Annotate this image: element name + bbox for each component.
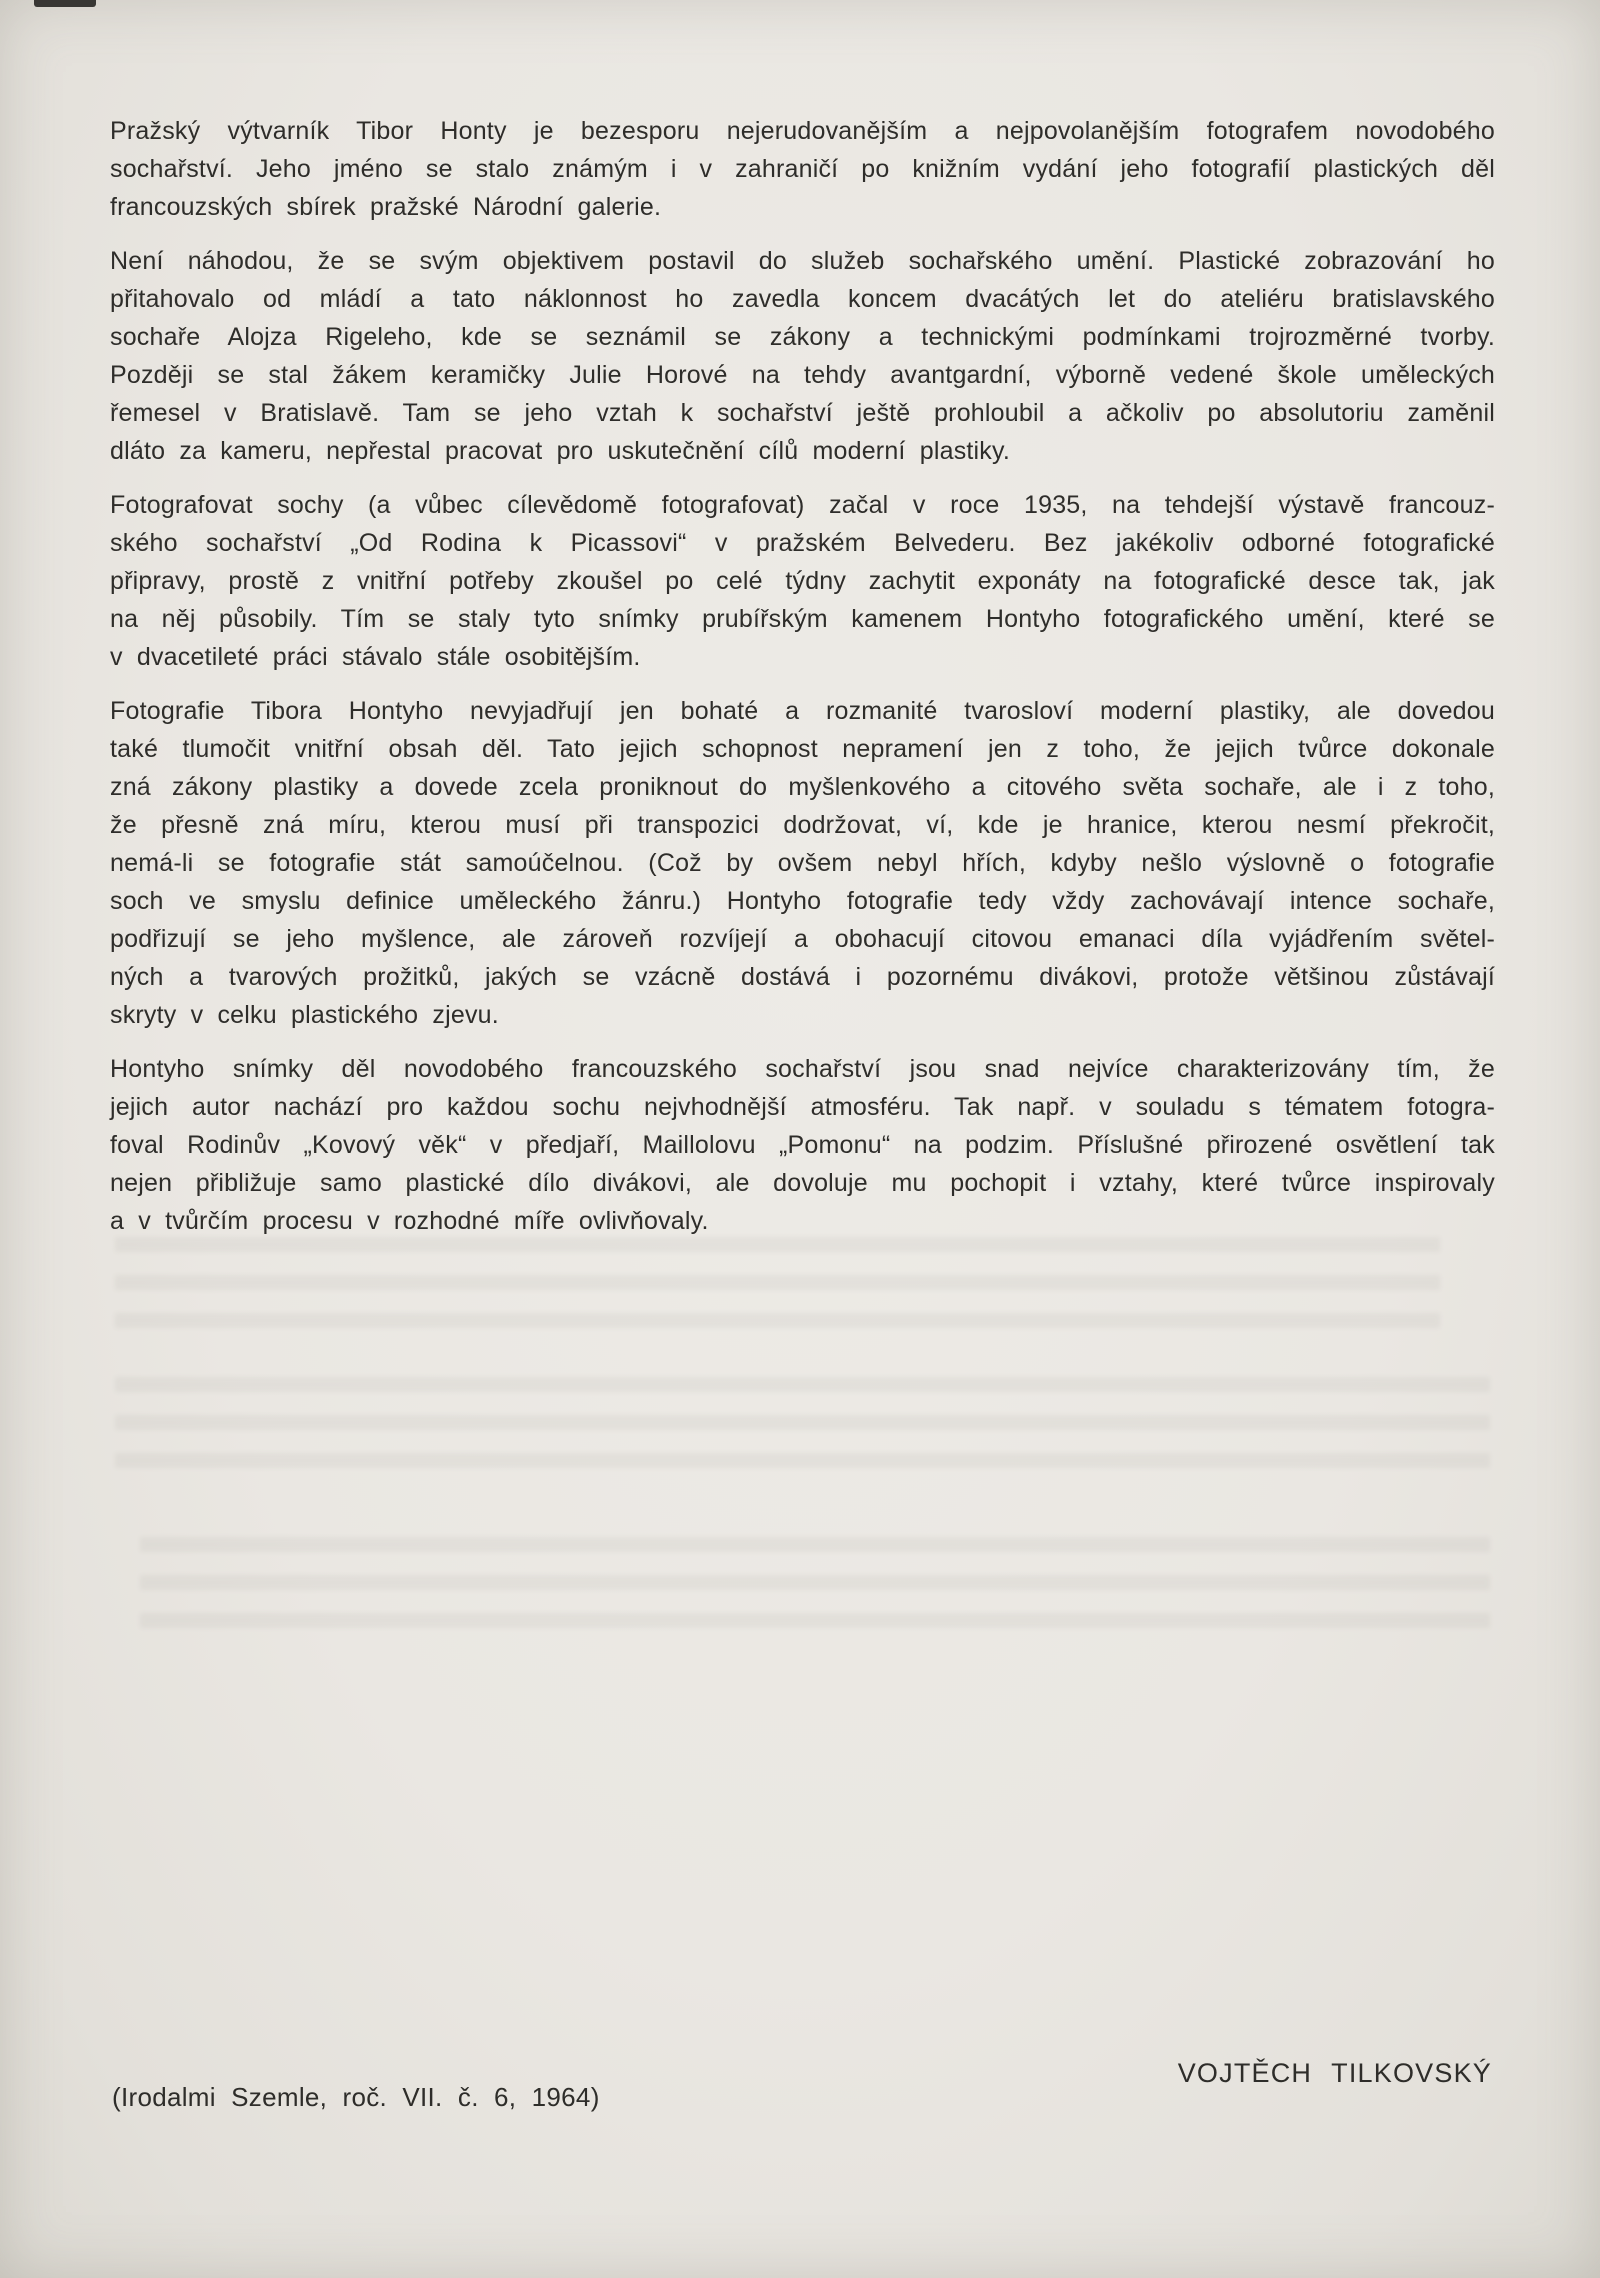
text-line: Fotografie Tibora Hontyho nevyjadřují je… (110, 692, 1495, 730)
article-body: Pražský výtvarník Tibor Honty je bezespo… (110, 112, 1495, 1256)
text-line: dláto za kameru, nepřestal pracovat pro … (110, 432, 1495, 470)
bleed-through-band (140, 1528, 1490, 1642)
bleed-through-band (115, 1228, 1440, 1340)
text-line: ných a tvarových prožitků, jakých se vzá… (110, 958, 1495, 996)
text-line: zná zákony plastiky a dovede zcela proni… (110, 768, 1495, 806)
bleed-through-band (115, 1368, 1490, 1482)
source-citation: (Irodalmi Szemle, roč. VII. č. 6, 1964) (112, 2082, 600, 2113)
text-line: nejen přibližuje samo plastické dílo div… (110, 1164, 1495, 1202)
text-line: Není náhodou, že se svým objektivem post… (110, 242, 1495, 280)
paragraph-1: Pražský výtvarník Tibor Honty je bezespo… (110, 112, 1495, 226)
text-line: skryty v celku plastického zjevu. (110, 996, 1495, 1034)
scan-artifact-mark (34, 0, 96, 7)
text-line: nemá-li se fotografie stát samoúčelnou. … (110, 844, 1495, 882)
author-name: VOJTĚCH TILKOVSKÝ (1178, 2058, 1492, 2089)
text-line: Později se stal žákem keramičky Julie Ho… (110, 356, 1495, 394)
text-line: soch ve smyslu definice uměleckého žánru… (110, 882, 1495, 920)
text-line: přitahovalo od mládí a tato náklonnost h… (110, 280, 1495, 318)
text-line: že přesně zná míru, kterou musí při tran… (110, 806, 1495, 844)
text-line: také tlumočit vnitřní obsah děl. Tato je… (110, 730, 1495, 768)
text-line: sochařství. Jeho jméno se stalo známým i… (110, 150, 1495, 188)
text-line: řemesel v Bratislavě. Tam se jeho vztah … (110, 394, 1495, 432)
paragraph-4: Fotografie Tibora Hontyho nevyjadřují je… (110, 692, 1495, 1034)
text-line: sochaře Alojza Rigeleho, kde se seznámil… (110, 318, 1495, 356)
paragraph-2: Není náhodou, že se svým objektivem post… (110, 242, 1495, 470)
text-line: na něj působily. Tím se staly tyto snímk… (110, 600, 1495, 638)
text-line: Hontyho snímky děl novodobého francouzsk… (110, 1050, 1495, 1088)
text-line: ského sochařství „Od Rodina k Picassovi“… (110, 524, 1495, 562)
paragraph-3: Fotografovat sochy (a vůbec cílevědomě f… (110, 486, 1495, 676)
paragraph-5: Hontyho snímky děl novodobého francouzsk… (110, 1050, 1495, 1240)
text-line: připravy, prostě z vnitřní potřeby zkouš… (110, 562, 1495, 600)
text-line: foval Rodinův „Kovový věk“ v předjaří, M… (110, 1126, 1495, 1164)
text-line: v dvacetileté práci stávalo stále osobit… (110, 638, 1495, 676)
text-line: Pražský výtvarník Tibor Honty je bezespo… (110, 112, 1495, 150)
text-line: francouzských sbírek pražské Národní gal… (110, 188, 1495, 226)
text-line: podřizují se jeho myšlence, ale zároveň … (110, 920, 1495, 958)
scanned-document-page: Pražský výtvarník Tibor Honty je bezespo… (0, 0, 1600, 2278)
text-line: jejich autor nachází pro každou sochu ne… (110, 1088, 1495, 1126)
text-line: Fotografovat sochy (a vůbec cílevědomě f… (110, 486, 1495, 524)
